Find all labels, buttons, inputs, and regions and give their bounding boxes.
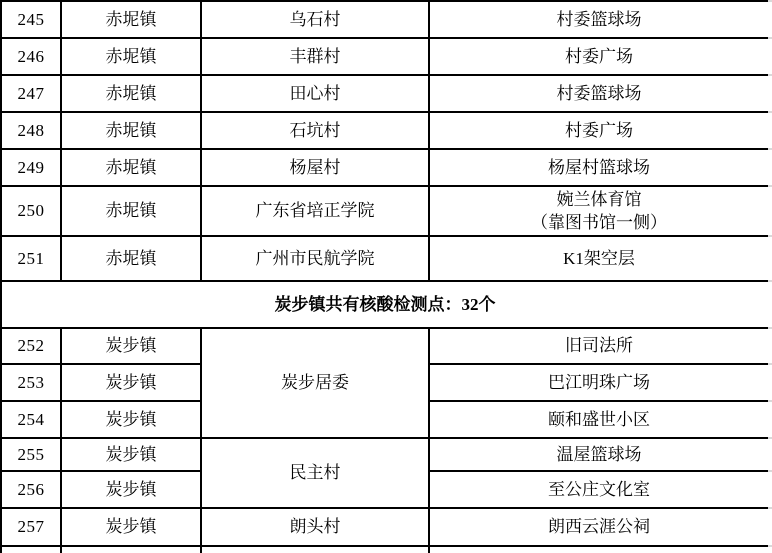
row-number-cell: 248: [1, 112, 61, 149]
town-cell: 炭步镇: [61, 401, 201, 438]
village-cell: 朗头村: [201, 508, 429, 546]
site-cell: 村委篮球场: [429, 75, 769, 112]
gridline-artifact: [768, 148, 772, 150]
gridline-artifact: [768, 185, 772, 187]
town-cell: 炭步镇: [61, 438, 201, 471]
village-cell-merged: 民主村: [201, 438, 429, 508]
gridline-artifact: [768, 327, 772, 329]
town-cell: 赤坭镇: [61, 236, 201, 281]
village-cell: 石坑村: [201, 112, 429, 149]
gridline-artifact: [768, 470, 772, 472]
table-row-cut-bottom: [1, 546, 769, 553]
row-number-cell: [1, 546, 61, 553]
gridline-artifact: [768, 74, 772, 76]
site-cell: 村委篮球场: [429, 1, 769, 38]
town-cell: 赤坭镇: [61, 186, 201, 236]
testing-points-table: 245 赤坭镇 乌石村 村委篮球场 246 赤坭镇 丰群村 村委广场 247 赤…: [0, 0, 770, 553]
row-number-cell: 250: [1, 186, 61, 236]
row-number-cell: 251: [1, 236, 61, 281]
row-number-cell: 257: [1, 508, 61, 546]
gridline-artifact: [768, 111, 772, 113]
row-number-cell: 253: [1, 364, 61, 401]
town-cell: 赤坭镇: [61, 38, 201, 75]
gridline-artifact: [768, 0, 772, 2]
village-cell: [201, 546, 429, 553]
village-cell: 田心村: [201, 75, 429, 112]
town-cell: 炭步镇: [61, 328, 201, 364]
town-cell: 炭步镇: [61, 508, 201, 546]
table-row: 249 赤坭镇 杨屋村 杨屋村篮球场: [1, 149, 769, 186]
gridline-artifact: [768, 437, 772, 439]
row-number-cell: 255: [1, 438, 61, 471]
table-row: 255 炭步镇 民主村 温屋篮球场: [1, 438, 769, 471]
site-line-2: （靠图书馆一侧）: [430, 211, 768, 234]
section-header-row: 炭步镇共有核酸检测点：32个: [1, 281, 769, 328]
site-cell: 村委广场: [429, 38, 769, 75]
row-number-cell: 252: [1, 328, 61, 364]
row-number-cell: 256: [1, 471, 61, 508]
town-cell: 赤坭镇: [61, 149, 201, 186]
gridline-artifact: [768, 507, 772, 509]
town-cell: 赤坭镇: [61, 1, 201, 38]
town-cell: [61, 546, 201, 553]
site-cell: 婉兰体育馆 （靠图书馆一侧）: [429, 186, 769, 236]
site-cell: 颐和盛世小区: [429, 401, 769, 438]
table-row: 250 赤坭镇 广东省培正学院 婉兰体育馆 （靠图书馆一侧）: [1, 186, 769, 236]
village-cell: 杨屋村: [201, 149, 429, 186]
town-cell: 炭步镇: [61, 364, 201, 401]
gridline-artifact: [768, 37, 772, 39]
town-cell: 炭步镇: [61, 471, 201, 508]
site-line-1: 婉兰体育馆: [430, 188, 768, 211]
site-cell: 至公庄文化室: [429, 471, 769, 508]
row-number-cell: 246: [1, 38, 61, 75]
gridline-artifact: [768, 235, 772, 237]
section-header-label: 炭步镇共有核酸检测点：32个: [1, 281, 769, 328]
site-cell: [429, 546, 769, 553]
row-number-cell: 249: [1, 149, 61, 186]
table-row: 246 赤坭镇 丰群村 村委广场: [1, 38, 769, 75]
gridline-artifact: [768, 400, 772, 402]
table-row: 257 炭步镇 朗头村 朗西云涯公祠: [1, 508, 769, 546]
table-row: 247 赤坭镇 田心村 村委篮球场: [1, 75, 769, 112]
row-number-cell: 247: [1, 75, 61, 112]
site-cell: 旧司法所: [429, 328, 769, 364]
gridline-artifact: [768, 280, 772, 282]
table-row: 245 赤坭镇 乌石村 村委篮球场: [1, 1, 769, 38]
table-row: 251 赤坭镇 广州市民航学院 K1架空层: [1, 236, 769, 281]
village-cell: 广东省培正学院: [201, 186, 429, 236]
document-page: 245 赤坭镇 乌石村 村委篮球场 246 赤坭镇 丰群村 村委广场 247 赤…: [0, 0, 772, 553]
site-cell: 村委广场: [429, 112, 769, 149]
row-number-cell: 245: [1, 1, 61, 38]
row-number-cell: 254: [1, 401, 61, 438]
site-cell: 巴江明珠广场: [429, 364, 769, 401]
village-cell: 丰群村: [201, 38, 429, 75]
town-cell: 赤坭镇: [61, 75, 201, 112]
village-cell: 广州市民航学院: [201, 236, 429, 281]
gridline-artifact: [768, 545, 772, 547]
site-cell: K1架空层: [429, 236, 769, 281]
town-cell: 赤坭镇: [61, 112, 201, 149]
gridline-artifact: [768, 363, 772, 365]
site-cell: 朗西云涯公祠: [429, 508, 769, 546]
site-cell: 杨屋村篮球场: [429, 149, 769, 186]
table-right-edge-strip: [768, 0, 772, 553]
table-row: 248 赤坭镇 石坑村 村委广场: [1, 112, 769, 149]
table-row: 252 炭步镇 炭步居委 旧司法所: [1, 328, 769, 364]
site-cell: 温屋篮球场: [429, 438, 769, 471]
village-cell-merged: 炭步居委: [201, 328, 429, 438]
village-cell: 乌石村: [201, 1, 429, 38]
